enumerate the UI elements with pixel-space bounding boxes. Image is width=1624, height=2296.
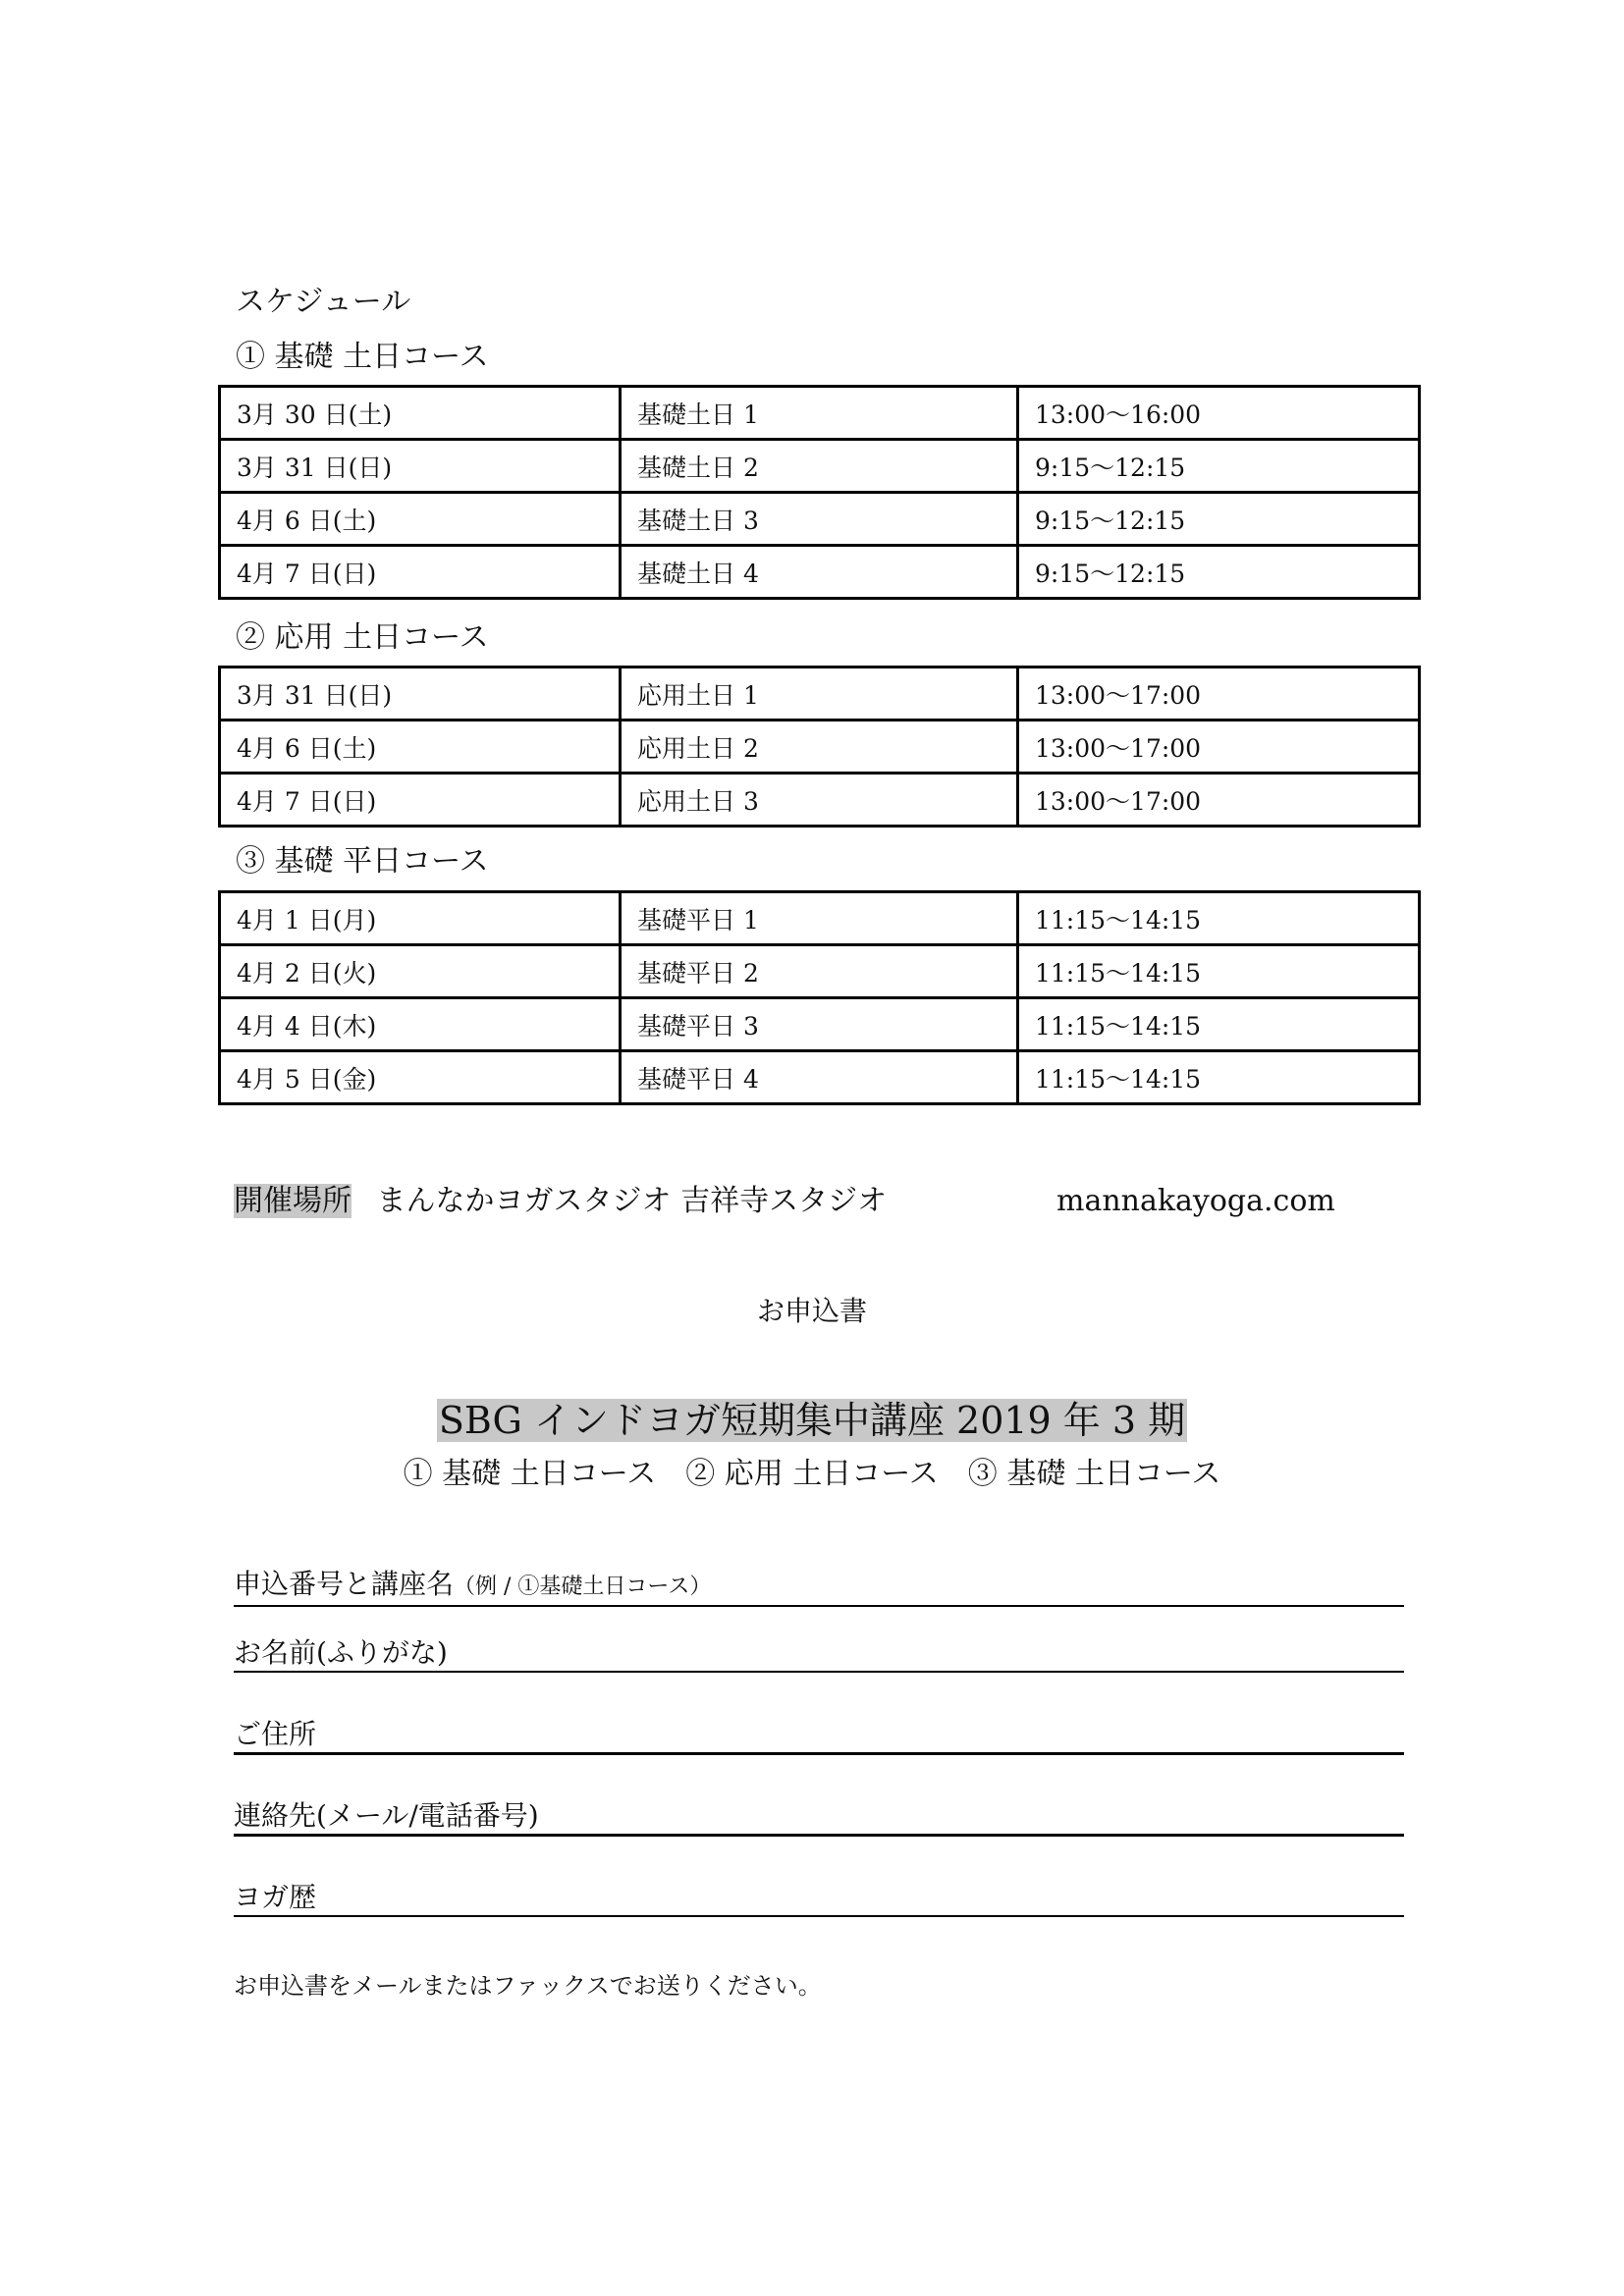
time-cell: 9:15～12:15 xyxy=(1018,440,1420,493)
date-cell: 4月 2 日(火) xyxy=(220,945,621,998)
table-row: 3月 30 日(土) 基礎土日 1 13:00～16:00 xyxy=(220,387,1420,440)
table-row: 4月 5 日(金) 基礎平日 4 11:15～14:15 xyxy=(220,1051,1420,1104)
table-row: 3月 31 日(日) 応用土日 1 13:00～17:00 xyxy=(220,667,1420,721)
session-cell: 基礎土日 2 xyxy=(621,440,1018,493)
venue-name: まんなかヨガスタジオ 吉祥寺スタジオ xyxy=(377,1184,888,1218)
schedule-title: スケジュール xyxy=(236,283,410,322)
date-cell: 4月 7 日(日) xyxy=(220,546,621,599)
field-hint: （例 / ①基礎土日コース） xyxy=(454,1575,711,1599)
date-cell: 3月 30 日(土) xyxy=(220,387,621,440)
time-cell: 9:15～12:15 xyxy=(1018,546,1420,599)
table-row: 4月 2 日(火) 基礎平日 2 11:15～14:15 xyxy=(220,945,1420,998)
session-cell: 基礎土日 1 xyxy=(621,387,1018,440)
venue-label: 開催場所 xyxy=(234,1184,352,1218)
field-contact[interactable]: 連絡先(メール/電話番号) xyxy=(234,1798,1404,1837)
course-title-wrap: SBG インドヨガ短期集中講座 2019 年 3 期 xyxy=(0,1396,1624,1445)
field-label: ご住所 xyxy=(234,1718,316,1750)
field-name[interactable]: お名前(ふりがな) xyxy=(234,1635,1404,1673)
course-title: SBG インドヨガ短期集中講座 2019 年 3 期 xyxy=(437,1399,1187,1442)
date-cell: 4月 6 日(土) xyxy=(220,721,621,774)
session-cell: 基礎平日 2 xyxy=(621,945,1018,998)
date-cell: 4月 6 日(土) xyxy=(220,493,621,546)
time-cell: 13:00～16:00 xyxy=(1018,387,1420,440)
table-row: 4月 7 日(日) 基礎土日 4 9:15～12:15 xyxy=(220,546,1420,599)
field-label: 申込番号と講座名 xyxy=(234,1568,454,1600)
session-cell: 応用土日 2 xyxy=(621,721,1018,774)
field-label: お名前(ふりがな) xyxy=(234,1636,448,1669)
session-cell: 基礎土日 3 xyxy=(621,493,1018,546)
field-yoga-experience[interactable]: ヨガ歴 xyxy=(234,1880,1404,1917)
time-cell: 13:00～17:00 xyxy=(1018,721,1420,774)
date-cell: 3月 31 日(日) xyxy=(220,667,621,721)
course-3-table: 4月 1 日(月) 基礎平日 1 11:15～14:15 4月 2 日(火) 基… xyxy=(218,890,1421,1105)
venue-url[interactable]: mannakayoga.com xyxy=(1056,1181,1335,1222)
session-cell: 応用土日 3 xyxy=(621,774,1018,827)
time-cell: 11:15～14:15 xyxy=(1018,1051,1420,1104)
time-cell: 11:15～14:15 xyxy=(1018,945,1420,998)
table-row: 4月 7 日(日) 応用土日 3 13:00～17:00 xyxy=(220,774,1420,827)
time-cell: 11:15～14:15 xyxy=(1018,998,1420,1051)
session-cell: 応用土日 1 xyxy=(621,667,1018,721)
date-cell: 4月 1 日(月) xyxy=(220,892,621,945)
application-title: お申込書 xyxy=(0,1292,1624,1331)
date-cell: 4月 7 日(日) xyxy=(220,774,621,827)
session-cell: 基礎土日 4 xyxy=(621,546,1018,599)
session-cell: 基礎平日 4 xyxy=(621,1051,1018,1104)
session-cell: 基礎平日 3 xyxy=(621,998,1018,1051)
field-address[interactable]: ご住所 xyxy=(234,1717,1404,1755)
course-1-heading: ① 基礎 土日コース xyxy=(236,338,489,377)
field-label: ヨガ歴 xyxy=(234,1881,316,1913)
session-cell: 基礎平日 1 xyxy=(621,892,1018,945)
table-row: 3月 31 日(日) 基礎土日 2 9:15～12:15 xyxy=(220,440,1420,493)
venue-line: 開催場所 まんなかヨガスタジオ 吉祥寺スタジオ mannakayoga.com xyxy=(234,1181,1412,1222)
submission-note: お申込書をメールまたはファックスでお送りください。 xyxy=(234,1966,822,2001)
course-3-heading: ③ 基礎 平日コース xyxy=(236,842,489,881)
course-1-table: 3月 30 日(土) 基礎土日 1 13:00～16:00 3月 31 日(日)… xyxy=(218,385,1421,600)
table-row: 4月 6 日(土) 基礎土日 3 9:15～12:15 xyxy=(220,493,1420,546)
date-cell: 3月 31 日(日) xyxy=(220,440,621,493)
field-label: 連絡先(メール/電話番号) xyxy=(234,1799,539,1832)
time-cell: 13:00～17:00 xyxy=(1018,774,1420,827)
table-row: 4月 1 日(月) 基礎平日 1 11:15～14:15 xyxy=(220,892,1420,945)
table-row: 4月 6 日(土) 応用土日 2 13:00～17:00 xyxy=(220,721,1420,774)
time-cell: 9:15～12:15 xyxy=(1018,493,1420,546)
time-cell: 13:00～17:00 xyxy=(1018,667,1420,721)
date-cell: 4月 5 日(金) xyxy=(220,1051,621,1104)
field-course-number[interactable]: 申込番号と講座名（例 / ①基礎土日コース） xyxy=(234,1567,1404,1607)
time-cell: 11:15～14:15 xyxy=(1018,892,1420,945)
table-row: 4月 4 日(木) 基礎平日 3 11:15～14:15 xyxy=(220,998,1420,1051)
course-options: ① 基礎 土日コース ② 応用 土日コース ③ 基礎 土日コース xyxy=(0,1455,1624,1494)
course-2-table: 3月 31 日(日) 応用土日 1 13:00～17:00 4月 6 日(土) … xyxy=(218,666,1421,828)
course-2-heading: ② 応用 土日コース xyxy=(236,618,489,658)
date-cell: 4月 4 日(木) xyxy=(220,998,621,1051)
